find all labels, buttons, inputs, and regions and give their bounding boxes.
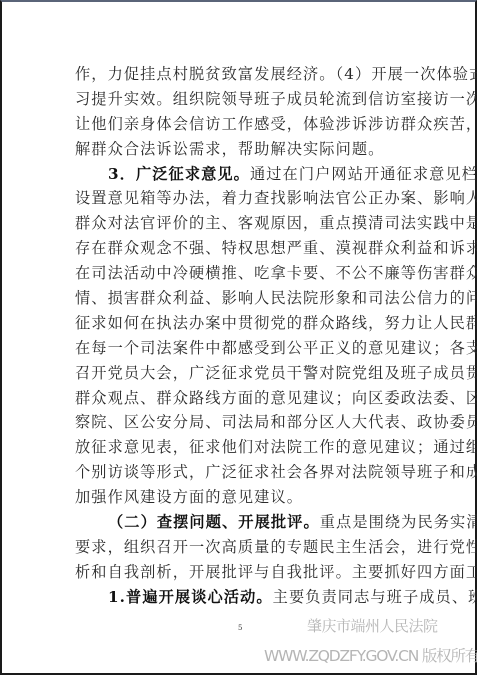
text-line: 析和自我剖析，开展批评与自我批评。主要抓好四方面工作：: [75, 560, 409, 585]
text-line: 征求如何在执法办案中贯彻党的群众路线，努力让人民群众: [75, 311, 409, 336]
text-line: 让他们亲身体会信访工作感受，体验涉诉涉访群众疾苦，了: [75, 112, 409, 137]
watermark-court-name: 肇庆市端州人民法院: [307, 615, 438, 636]
text-line: 召开党员大会，广泛征求党员干警对院党组及班子成员贯彻: [75, 361, 409, 386]
text-line: 放征求意见表，征求他们对法院工作的意见建议；通过组织: [75, 435, 409, 460]
watermark-copyright: WWW.ZQDZFY.GOV.CN 版权所有: [264, 644, 477, 666]
text-line: 察院、区公安分局、司法局和部分区人大代表、政协委员发: [75, 410, 409, 435]
section-heading: 1.普遍开展谈心活动。: [108, 588, 273, 606]
text-line: 习提升实效。组织院领导班子成员轮流到信访室接访一次，: [75, 87, 409, 112]
text-line: 加强作风建设方面的意见建议。: [75, 485, 409, 510]
section-heading: 3．广泛征求意见。: [108, 165, 250, 183]
text-run: 重点是围绕为民务实清廉: [320, 513, 477, 531]
text-line: 在每一个司法案件中都感受到公平正义的意见建议；各支部: [75, 336, 409, 361]
text-line: 情、损害群众利益、影响人民法院形象和司法公信力的问题，: [75, 286, 409, 311]
section-heading-line: 3．广泛征求意见。通过在门户网站开通征求意见栏目、: [75, 162, 409, 187]
text-line: 群众对法官评价的主、客观原因，重点摸清司法实践中是否: [75, 211, 409, 236]
text-line: 存在群众观念不强、特权思想严重、漠视群众利益和诉求、: [75, 236, 409, 261]
text-run: 通过在门户网站开通征求意见栏目、: [250, 165, 477, 183]
document-body: 作，力促挂点村脱贫致富发展经济。（4）开展一次体验式学 习提升实效。组织院领导班…: [75, 62, 409, 610]
section-heading: （二）查摆问题、开展批评。: [108, 513, 320, 531]
text-line: 要求，组织召开一次高质量的专题民主生活会，进行党性分: [75, 535, 409, 560]
section-heading-line: （二）查摆问题、开展批评。重点是围绕为民务实清廉: [75, 510, 409, 535]
text-line: 解群众合法诉讼需求，帮助解决实际问题。: [75, 137, 409, 162]
section-heading-line: 1.普遍开展谈心活动。主要负责同志与班子成员、班子: [75, 585, 409, 610]
page-number: 5: [238, 624, 242, 632]
text-line: 群众观点、群众路线方面的意见建议；向区委政法委、区检: [75, 386, 409, 411]
document-page: 作，力促挂点村脱贫致富发展经济。（4）开展一次体验式学 习提升实效。组织院领导班…: [0, 0, 477, 675]
text-line: 在司法活动中冷硬横推、吃拿卡要、不公不廉等伤害群众感: [75, 261, 409, 286]
text-line: 作，力促挂点村脱贫致富发展经济。（4）开展一次体验式学: [75, 62, 409, 87]
text-line: 设置意见箱等办法，着力查找影响法官公正办案、影响人民: [75, 186, 409, 211]
text-line: 个别访谈等形式，广泛征求社会各界对法院领导班子和成员: [75, 460, 409, 485]
text-run: 主要负责同志与班子成员、班子: [273, 588, 477, 606]
